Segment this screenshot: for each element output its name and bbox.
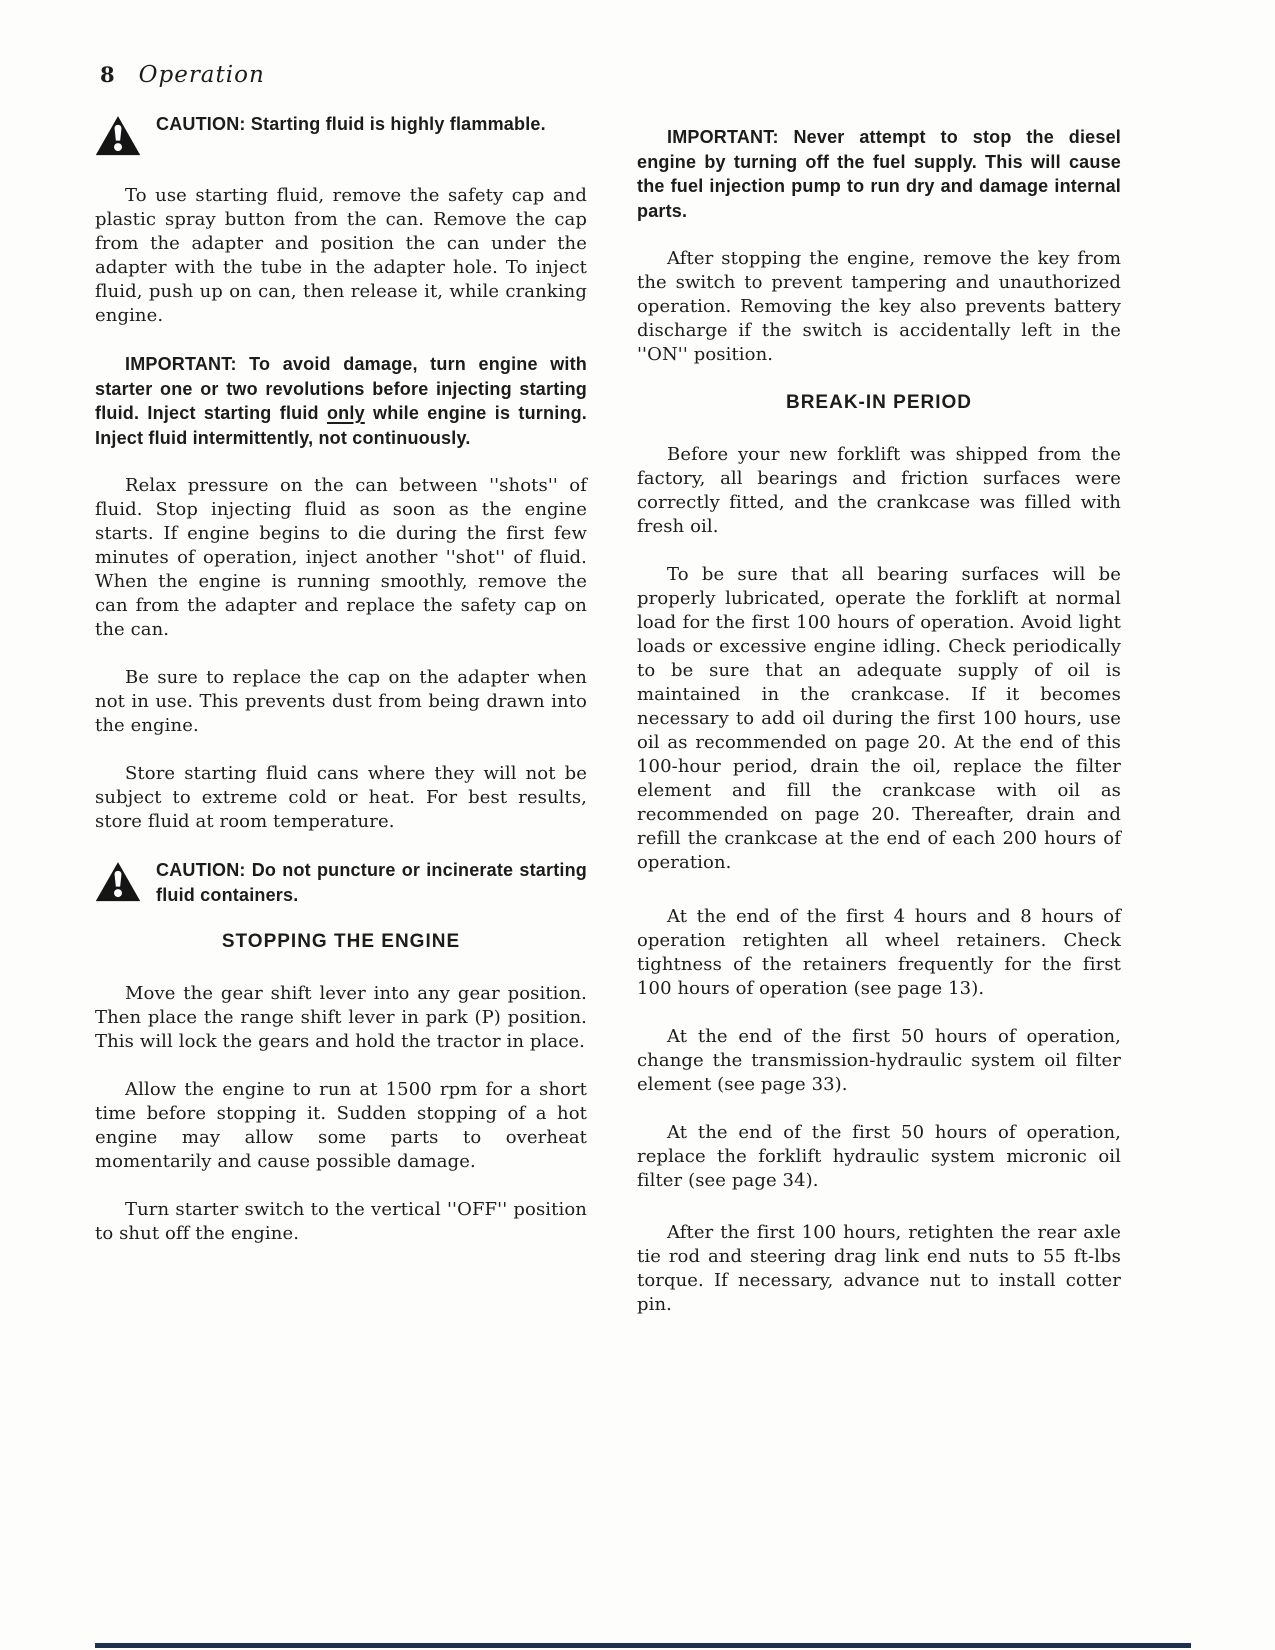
section-heading-break-in-period: BREAK-IN PERIOD bbox=[637, 391, 1121, 415]
running-title: Operation bbox=[139, 62, 265, 88]
page-header: 8 Operation bbox=[100, 62, 265, 88]
paragraph-gear-shift: Move the gear shift lever into any gear … bbox=[95, 982, 587, 1054]
caution-block-flammable: CAUTION: Starting fluid is highly flamma… bbox=[95, 112, 587, 162]
paragraph-store-fluid: Store starting fluid cans where they wil… bbox=[95, 762, 587, 834]
warning-triangle-icon bbox=[95, 858, 143, 908]
caution-block-puncture: CAUTION: Do not puncture or incinerate s… bbox=[95, 858, 587, 908]
paragraph-remove-key: After stopping the engine, remove the ke… bbox=[637, 247, 1121, 367]
manual-page: 8 Operation CAUTION: Starting fluid is h… bbox=[0, 0, 1275, 1650]
caution-text: CAUTION: Do not puncture or incinerate s… bbox=[156, 858, 587, 908]
right-column: IMPORTANT: Never attempt to stop the die… bbox=[637, 125, 1121, 1341]
paragraph-use-starting-fluid: To use starting fluid, remove the safety… bbox=[95, 184, 587, 328]
page-number: 8 bbox=[100, 62, 115, 87]
paragraph-allow-engine-run: Allow the engine to run at 1500 rpm for … bbox=[95, 1078, 587, 1174]
left-column: CAUTION: Starting fluid is highly flamma… bbox=[95, 112, 587, 1270]
paragraph-bearing-surfaces: To be sure that all bearing surfaces wil… bbox=[637, 563, 1121, 875]
paragraph-replace-cap: Be sure to replace the cap on the adapte… bbox=[95, 666, 587, 738]
paragraph-first-4-hours: At the end of the first 4 hours and 8 ho… bbox=[637, 905, 1121, 1001]
page-bottom-scan-line bbox=[95, 1643, 1191, 1648]
paragraph-turn-starter-switch: Turn starter switch to the vertical ''OF… bbox=[95, 1198, 587, 1246]
caution-text: CAUTION: Starting fluid is highly flamma… bbox=[156, 112, 587, 162]
section-heading-stopping-the-engine: STOPPING THE ENGINE bbox=[95, 930, 587, 954]
paragraph-first-50-hours-transmission: At the end of the first 50 hours of oper… bbox=[637, 1025, 1121, 1097]
warning-triangle-icon bbox=[95, 112, 143, 162]
paragraph-first-100-hours: After the first 100 hours, retighten the… bbox=[637, 1221, 1121, 1317]
paragraph-before-shipped: Before your new forklift was shipped fro… bbox=[637, 443, 1121, 539]
important-note-inject-fluid: IMPORTANT: To avoid damage, turn engine … bbox=[95, 352, 587, 450]
paragraph-first-50-hours-forklift: At the end of the first 50 hours of oper… bbox=[637, 1121, 1121, 1193]
paragraph-relax-pressure: Relax pressure on the can between ''shot… bbox=[95, 474, 587, 642]
important-note-diesel-stop: IMPORTANT: Never attempt to stop the die… bbox=[637, 125, 1121, 223]
important-text-underlined: only bbox=[327, 403, 365, 423]
